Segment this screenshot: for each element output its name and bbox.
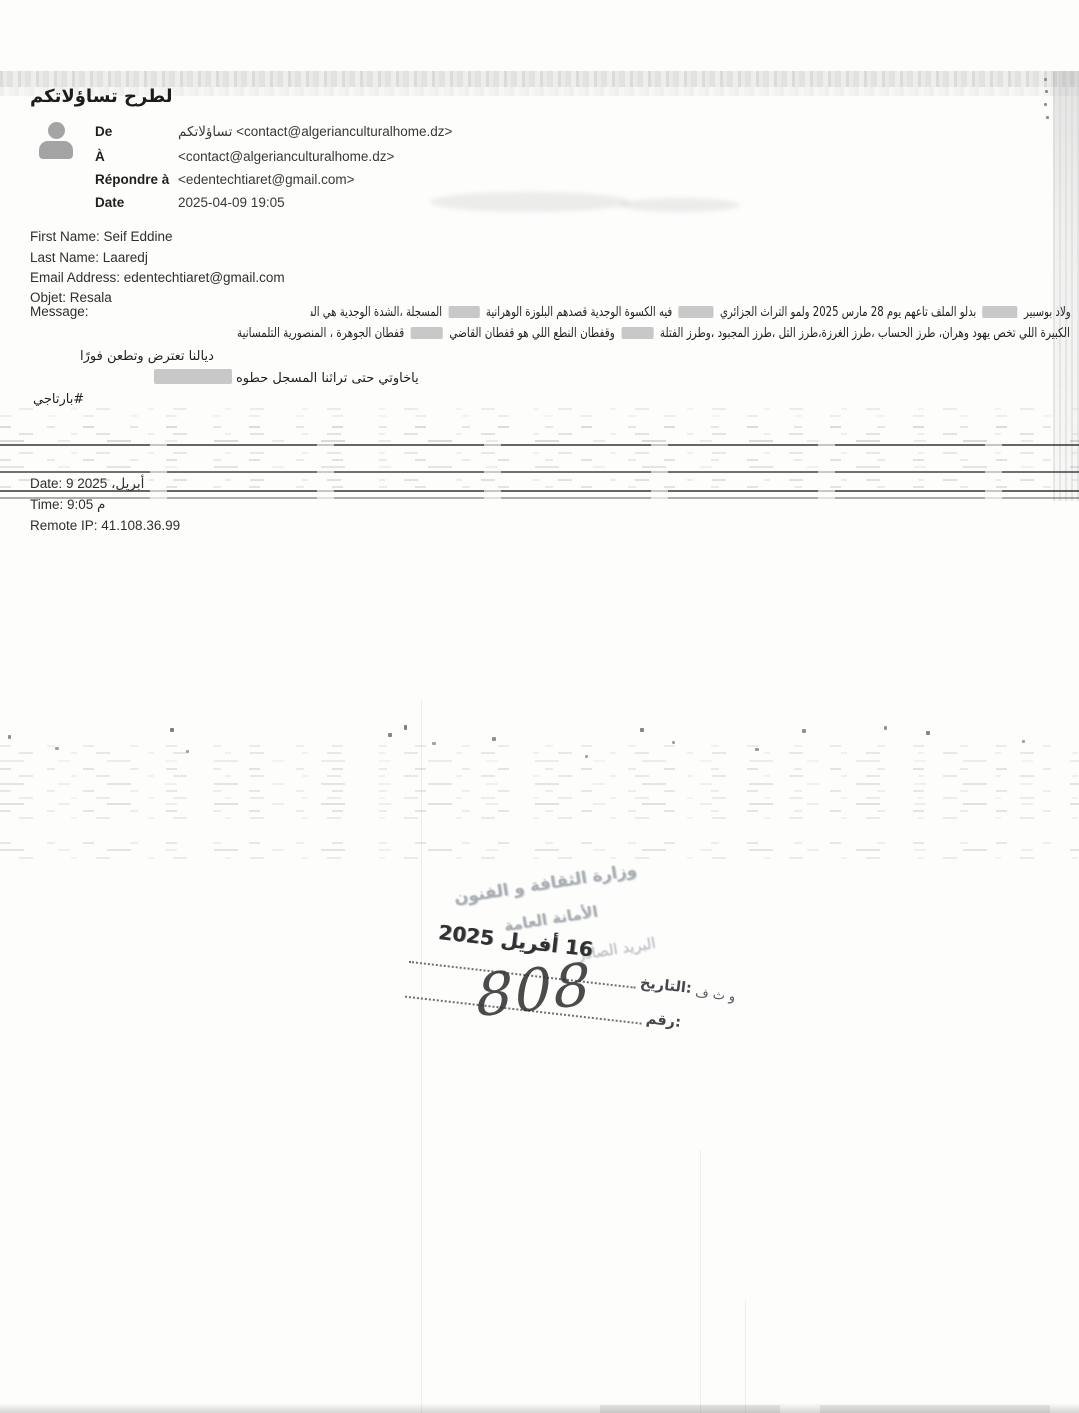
header-label-a: À bbox=[95, 149, 105, 164]
scan-artifact-dashrow bbox=[0, 466, 1079, 468]
stamp-date-label: التاريخ: bbox=[639, 975, 692, 997]
scan-artifact-speck bbox=[926, 731, 930, 735]
scan-artifact-dashrow bbox=[0, 810, 1079, 812]
avatar-head bbox=[48, 122, 65, 139]
sender-email: <contact@algerianculturalhome.dz> bbox=[236, 124, 452, 139]
field-last-name: Last Name: Laaredj bbox=[30, 250, 148, 265]
message-text-segment: وقفطان النطع اللي هو قفطان القاضي bbox=[446, 326, 618, 341]
scan-artifact-speck bbox=[672, 741, 675, 744]
field-email-address: Email Address: edentechtiaret@gmail.com bbox=[30, 270, 285, 285]
message-text-segment: فيه الكسوة الوجدية قصدهم البلوزة الوهران… bbox=[482, 305, 675, 320]
scan-artifact-dashrow bbox=[0, 783, 1079, 785]
scan-artifact-speck bbox=[755, 748, 759, 751]
stamp-number-label: رقم: bbox=[645, 1011, 682, 1031]
scan-artifact-dashrow bbox=[0, 790, 1079, 792]
avatar-torso bbox=[39, 141, 73, 159]
scan-artifact-speck bbox=[388, 733, 392, 737]
scan-artifact-dashrow bbox=[0, 760, 1079, 762]
message-text-segment: المسجلة ،الشدة الوجدية هي الشدة التلمسان… bbox=[310, 305, 445, 320]
scan-artifact-speck bbox=[1022, 740, 1025, 743]
message-text-segment: ياخاوتي حتى تراثنا المسجل حطوه bbox=[236, 371, 419, 386]
scan-artifact-speck bbox=[492, 737, 496, 741]
scan-artifact-speck bbox=[585, 755, 588, 758]
scan-artifact-dashrow bbox=[0, 775, 1079, 777]
scan-artifact-dot bbox=[1046, 116, 1049, 119]
scan-artifact-bottom-patch bbox=[820, 1405, 1050, 1413]
scan-artifact-dashrow bbox=[0, 817, 1079, 819]
replyto-email: <edentechtiaret@gmail.com> bbox=[178, 172, 355, 187]
redaction-box bbox=[678, 306, 713, 318]
footer-remote-ip: Remote IP: 41.108.36.99 bbox=[30, 518, 180, 533]
footer-time-prefix: Time: 9:05 bbox=[30, 497, 93, 512]
field-first-name: First Name: Seif Eddine bbox=[30, 229, 173, 244]
scan-artifact-dashrow bbox=[0, 479, 1079, 481]
scan-artifact-right-band bbox=[1053, 71, 1079, 501]
message-text-3: ديالنا تعترض وتطعن فورًا bbox=[80, 348, 214, 365]
redaction-box bbox=[982, 306, 1017, 318]
footer-date-prefix: Date: 9 2025 bbox=[30, 476, 107, 491]
scan-artifact-bottom-patch bbox=[600, 1405, 780, 1413]
message-text-2: الكبيرة اللي تخص يهود وهران، طرز الحساب … bbox=[236, 325, 1070, 342]
header-label-repondre: Répondre à bbox=[95, 172, 169, 187]
scan-artifact-dashrow bbox=[0, 857, 1079, 859]
scan-artifact-speck bbox=[55, 747, 59, 750]
message-label: Message: bbox=[30, 303, 89, 320]
message-text-segment: الكبيرة اللي تخص يهود وهران، طرز الحساب … bbox=[657, 326, 1070, 341]
footer-date: Date: 9 2025 أبريل، bbox=[30, 476, 144, 492]
scan-artifact-speck bbox=[8, 735, 11, 739]
header-value-de: تساؤلاتكم <contact@algerianculturalhome.… bbox=[178, 124, 452, 140]
ministry-stamp: وزارة الثقافة و الفنون الأمانة العامة ال… bbox=[398, 860, 758, 1065]
header-label-date: Date bbox=[95, 195, 124, 210]
message-text-segment: ديالنا تعترض وتطعن فورًا bbox=[80, 349, 214, 364]
scan-artifact-speck bbox=[170, 728, 174, 732]
scan-artifact-speck bbox=[404, 725, 407, 730]
scan-artifact-vline bbox=[745, 1300, 746, 1413]
scan-artifact-smudge bbox=[620, 198, 740, 212]
scan-artifact-dashrow bbox=[0, 768, 1079, 770]
scan-artifact-dot bbox=[1044, 103, 1047, 106]
scan-artifact-top-band bbox=[0, 71, 1079, 87]
scan-artifact-line bbox=[0, 497, 1079, 499]
scan-artifact-dashrow bbox=[0, 752, 1079, 754]
scan-artifact-dashrow bbox=[0, 803, 1079, 805]
message-text-4: ياخاوتي حتى تراثنا المسجل حطوه bbox=[150, 369, 419, 387]
stamp-faded-impression: وزارة الثقافة و الفنون الأمانة العامة ال… bbox=[384, 833, 772, 1092]
scan-artifact-dashrow bbox=[0, 849, 1079, 851]
stamp-date-dotted-line bbox=[409, 961, 636, 989]
stamp-handwritten-note: و ث ف bbox=[694, 986, 736, 1005]
stamp-ministry-name: وزارة الثقافة و الفنون bbox=[440, 858, 650, 910]
message-text-segment: #بارتاجي bbox=[33, 392, 84, 407]
stamp-bureau: البريد الصادر bbox=[526, 926, 707, 972]
message-text-1: ولاد بوسبير بدلو الملف تاعهم يوم 28 مارس… bbox=[310, 304, 1070, 321]
scan-artifact-dashrow bbox=[0, 426, 1079, 428]
scan-artifact-line bbox=[0, 444, 1079, 446]
scan-artifact-speck bbox=[802, 729, 806, 733]
scan-artifact-dashrow bbox=[0, 415, 1079, 417]
scan-artifact-smudge bbox=[430, 192, 630, 212]
scan-artifact-dot bbox=[1044, 78, 1047, 81]
scan-artifact-line bbox=[0, 471, 1079, 473]
message-hashtag: #بارتاجي bbox=[33, 391, 84, 408]
stamp-number-dotted-line bbox=[405, 996, 642, 1025]
contact-avatar-icon bbox=[38, 121, 74, 171]
stamp-dark-impression: 16 أفريل 2025 التاريخ: و ث ف رقم: bbox=[388, 840, 769, 1084]
message-text-segment: ولاد بوسبير bbox=[1020, 305, 1070, 320]
scan-artifact-dashrow bbox=[0, 842, 1079, 844]
redaction-box bbox=[154, 369, 232, 384]
scan-artifact-speck bbox=[640, 728, 644, 732]
scan-artifact-dashrow bbox=[0, 745, 1079, 747]
page-title: لطرح تساؤلاتكم bbox=[30, 86, 173, 107]
scan-artifact-vline bbox=[421, 700, 422, 1413]
scan-artifact-line bbox=[0, 490, 1079, 492]
scan-artifact-dot bbox=[1045, 90, 1048, 93]
footer-time: Time: 9:05 م bbox=[30, 497, 105, 513]
stamp-date: 16 أفريل 2025 bbox=[437, 920, 594, 961]
footer-time-suffix: م bbox=[97, 497, 105, 513]
scan-artifact-dashrow bbox=[0, 486, 1079, 488]
scanned-email-document: لطرح تساؤلاتكم De تساؤلاتكم <contact@alg… bbox=[0, 0, 1079, 1413]
scan-artifact-dashrow bbox=[0, 408, 1079, 410]
scan-artifact-vline bbox=[700, 1150, 701, 1413]
message-text-segment: بدلو الملف تاعهم يوم 28 مارس 2025 ولمو ا… bbox=[716, 305, 979, 320]
scan-artifact-dashrow bbox=[0, 459, 1079, 461]
scan-artifact-dashrow bbox=[0, 440, 1079, 442]
message-text-segment: قفطان الجوهرة ، المنصورية التلمسانية bbox=[236, 326, 408, 341]
message-line-1: Message: ولاد بوسبير بدلو الملف تاعهم يو… bbox=[30, 303, 1070, 321]
footer-date-month: أبريل، bbox=[111, 476, 144, 492]
header-date-value: 2025-04-09 19:05 bbox=[178, 195, 285, 210]
scan-artifact-speck bbox=[884, 726, 887, 730]
scan-artifact-dashrow bbox=[0, 452, 1079, 454]
redaction-box bbox=[448, 306, 479, 318]
redaction-box bbox=[411, 327, 443, 339]
header-label-de: De bbox=[95, 124, 112, 139]
stamp-handwritten-number: 808 bbox=[476, 950, 593, 1030]
scan-artifact-dashrow bbox=[0, 797, 1079, 799]
scan-artifact-dashrow bbox=[0, 433, 1079, 435]
redaction-box bbox=[621, 327, 653, 339]
stamp-secretariat: الأمانة العامة bbox=[446, 893, 656, 944]
recipient-email: <contact@algerianculturalhome.dz> bbox=[178, 149, 394, 164]
sender-display-name: تساؤلاتكم bbox=[178, 124, 232, 140]
